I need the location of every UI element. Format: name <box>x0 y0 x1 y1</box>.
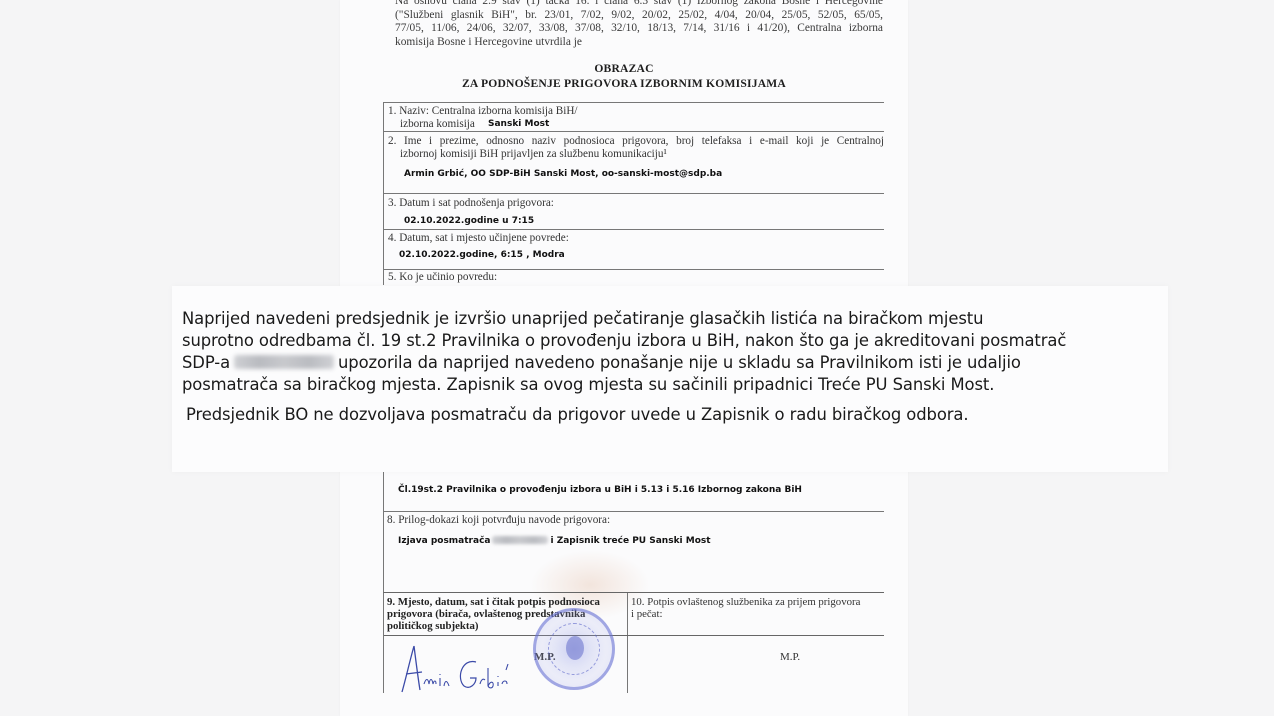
form-subtitle: ZA PODNOŠENJE PRIGOVORA IZBORNIM KOMISIJ… <box>340 77 908 90</box>
field-7-value: Čl.19st.2 Pravilnika o provođenju izbora… <box>398 485 802 495</box>
overlay-line-5: Predsjednik BO ne dozvoljava posmatraču … <box>186 404 968 426</box>
field-10-stamp-mark: M.P. <box>780 651 800 663</box>
field-2-value: Armin Grbić, OO SDP-BiH Sanski Most, oo-… <box>404 169 722 179</box>
field-1-value: Sanski Most <box>488 119 549 129</box>
field-2-label: 2. Ime i prezime, odnosno naziv podnosio… <box>388 135 884 160</box>
field-label-text: izborna komisija <box>400 118 475 130</box>
stamp-emblem <box>566 636 584 660</box>
field-3-label: 3. Datum i sat podnošenja prigovora: <box>388 197 554 210</box>
field-8-value-prefix: Izjava posmatrača <box>398 536 490 546</box>
field-label-line: 10. Potpis ovlaštenog službenika za prij… <box>631 596 860 608</box>
overlay-line-3-prefix: SDP-a <box>182 353 230 372</box>
field-label-line: 2. Ime i prezime, odnosno naziv podnosio… <box>388 135 884 148</box>
overlay-line-3: SDP-aupozorila da naprijed navedeno pona… <box>182 352 1021 374</box>
field-8-value-suffix: i Zapisnik treće PU Sanski Most <box>550 536 710 546</box>
field-label-line: 9. Mjesto, datum, sat i čitak potpis pod… <box>387 596 600 608</box>
highlighted-complaint-text-box: Naprijed navedeni predsjednik je izvršio… <box>172 286 1168 472</box>
field-10-cell: 10. Potpis ovlaštenog službenika za prij… <box>628 593 884 693</box>
field-10-label: 10. Potpis ovlaštenog službenika za prij… <box>631 596 860 620</box>
field-4-datum-povrede: 4. Datum, sat i mjesto učinjene povrede:… <box>384 229 884 269</box>
stamp-inner-ring <box>548 623 600 675</box>
intro-line: komisija Bosne i Hercegovine utvrdila je <box>395 36 883 50</box>
field-4-label: 4. Datum, sat i mjesto učinjene povrede: <box>388 232 569 245</box>
form-table-upper: 1. Naziv: Centralna izborna komisija BiH… <box>383 102 884 285</box>
field-8-label: 8. Prilog-dokazi koji potvrđuju navode p… <box>387 514 610 526</box>
row-divider <box>384 635 884 636</box>
intro-line: ("Službeni glasnik BiH", br. 23/01, 7/02… <box>395 9 883 23</box>
handwritten-signature-icon <box>392 638 522 694</box>
legal-basis-paragraph: Na osnovu člana 2.9 stav (1) tačka 16. i… <box>395 0 883 49</box>
field-label-line: i pečat: <box>631 608 860 620</box>
overlay-line-2: suprotno odredbama čl. 19 st.2 Pravilnik… <box>182 330 1066 352</box>
field-label-line: izbornoj komisiji BiH prijavljen za služ… <box>388 148 884 161</box>
screenshot-canvas: Na osnovu člana 2.9 stav (1) tačka 16. i… <box>0 0 1274 716</box>
field-label-line: 1. Naziv: Centralna izborna komisija BiH… <box>388 105 578 118</box>
field-3-value: 02.10.2022.godine u 7:15 <box>404 216 534 226</box>
field-1-naziv: 1. Naziv: Centralna izborna komisija BiH… <box>384 102 884 131</box>
row-divider <box>384 511 884 512</box>
overlay-line-3-suffix: upozorila da naprijed navedeno ponašanje… <box>338 353 1021 372</box>
field-5-label: 5. Ko je učinio povredu: <box>388 271 497 284</box>
intro-line: Na osnovu člana 2.9 stav (1) tačka 16. i… <box>395 0 883 9</box>
field-8-value: Izjava posmatračai Zapisnik treće PU San… <box>398 536 711 546</box>
field-5-pocinilac: 5. Ko je učinio povredu: <box>384 269 884 285</box>
redacted-name <box>492 536 548 544</box>
official-stamp-icon <box>533 608 615 690</box>
field-4-value: 02.10.2022.godine, 6:15 , Modra <box>399 250 565 260</box>
overlay-line-4: posmatrača sa biračkog mjesta. Zapisnik … <box>182 374 994 396</box>
intro-line: 77/05, 11/06, 24/06, 32/07, 33/08, 37/08… <box>395 22 883 36</box>
form-title: OBRAZAC <box>340 62 908 75</box>
field-3-datum-podnosenja: 3. Datum i sat podnošenja prigovora: 02.… <box>384 193 884 229</box>
field-2-podnosilac: 2. Ime i prezime, odnosno naziv podnosio… <box>384 131 884 193</box>
overlay-line-1: Naprijed navedeni predsjednik je izvršio… <box>182 308 983 330</box>
redacted-name <box>234 355 334 369</box>
